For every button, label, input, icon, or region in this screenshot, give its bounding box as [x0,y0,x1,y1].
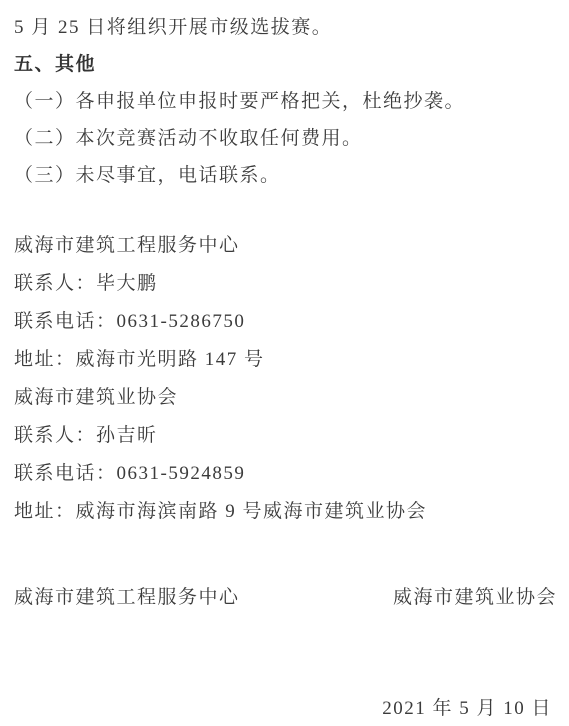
contact-person: 联系人：毕大鹏 [14,265,557,303]
contact-block-service-center: 威海市建筑工程服务中心 联系人：毕大鹏 联系电话：0631-5286750 地址… [14,227,557,379]
contact-phone: 联系电话：0631-5286750 [14,303,557,341]
list-item-3: （三）未尽事宜，电话联系。 [14,157,557,194]
contact-address: 地址：威海市光明路 147 号 [14,341,557,379]
list-item-2: （二）本次竞赛活动不收取任何费用。 [14,120,557,157]
contact-org: 威海市建筑业协会 [14,379,557,417]
signature-right-org: 威海市建筑业协会 [393,579,557,616]
blank-gap [14,194,557,227]
contact-org: 威海市建筑工程服务中心 [14,227,557,265]
contact-person: 联系人：孙吉昕 [14,417,557,455]
section-heading: 五、其他 [14,46,557,83]
intro-line: 5 月 25 日将组织开展市级选拔赛。 [14,9,557,46]
signature-row: 威海市建筑工程服务中心 威海市建筑业协会 [14,579,557,616]
date-line: 2021 年 5 月 10 日 [14,690,557,726]
document-page: 5 月 25 日将组织开展市级选拔赛。 五、其他 （一）各申报单位申报时要严格把… [0,0,569,726]
contact-phone: 联系电话：0631-5924859 [14,455,557,493]
list-item-1: （一）各申报单位申报时要严格把关，杜绝抄袭。 [14,83,557,120]
signature-left-org: 威海市建筑工程服务中心 [14,579,240,616]
contact-address: 地址：威海市海滨南路 9 号威海市建筑业协会 [14,493,557,531]
blank-gap [14,616,557,690]
blank-gap [14,531,557,579]
contact-block-association: 威海市建筑业协会 联系人：孙吉昕 联系电话：0631-5924859 地址：威海… [14,379,557,531]
